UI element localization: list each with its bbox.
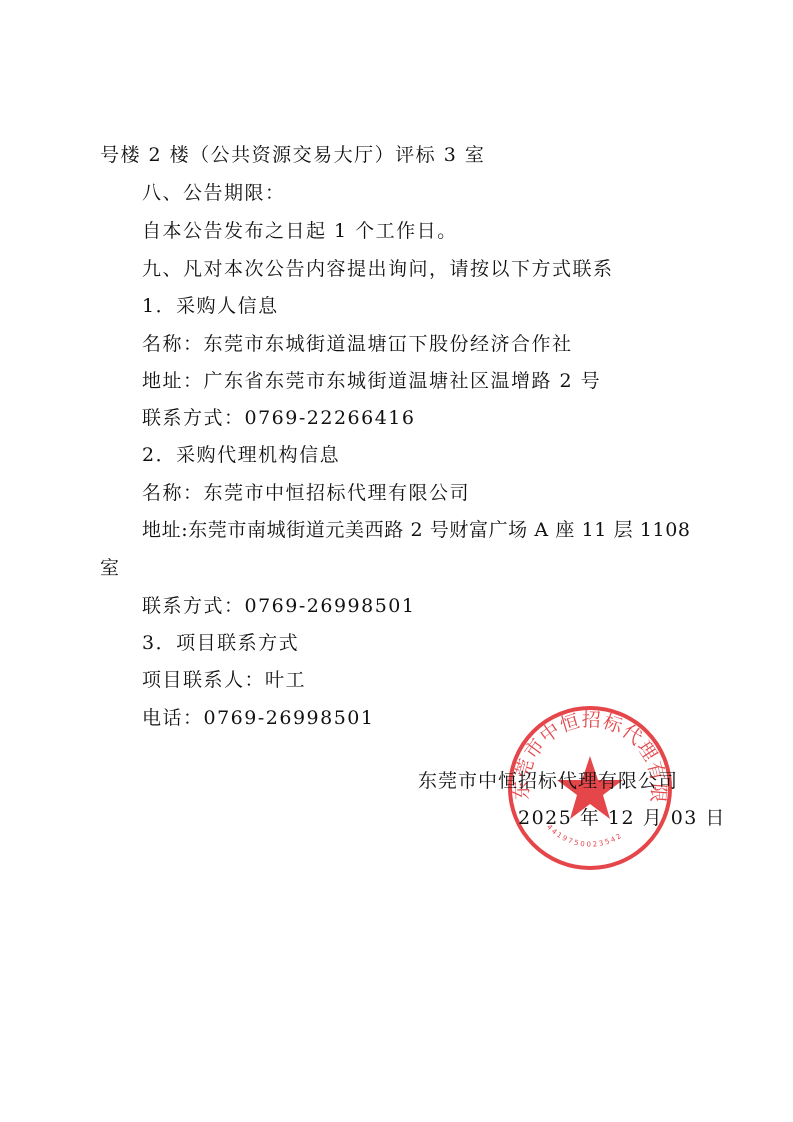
announcement-period-text: 自本公告发布之日起 1 个工作日。 [142, 219, 458, 243]
purchaser-address: 地址：广东省东莞市东城街道温塘社区温增路 2 号 [142, 369, 601, 393]
project-contact-phone: 电话：0769-26998501 [142, 706, 374, 730]
venue-continuation: 号楼 2 楼（公共资源交易大厅）评标 3 室 [100, 143, 485, 167]
project-contact-person: 项目联系人：叶工 [142, 668, 306, 692]
signature-company: 东莞市中恒招标代理有限公司 [418, 769, 678, 793]
purchaser-info-heading: 1．采购人信息 [142, 294, 279, 318]
purchaser-name: 名称：东莞市东城街道温塘冚下股份经济合作社 [142, 332, 573, 356]
agency-address-continuation: 室 [100, 556, 121, 580]
agency-info-heading: 2．采购代理机构信息 [142, 443, 340, 467]
section-heading-contact: 九、凡对本次公告内容提出询问，请按以下方式联系 [142, 257, 614, 281]
agency-address: 地址:东莞市南城街道元美西路 2 号财富广场 A 座 11 层 1108 [142, 518, 691, 542]
section-heading-announcement-period: 八、公告期限： [142, 181, 286, 205]
project-contact-heading: 3．项目联系方式 [142, 631, 299, 655]
agency-name: 名称：东莞市中恒招标代理有限公司 [142, 481, 470, 505]
signature-date: 2025 年 12 月 03 日 [518, 806, 726, 830]
agency-phone: 联系方式：0769-26998501 [142, 594, 415, 618]
purchaser-phone: 联系方式：0769-22266416 [142, 406, 415, 430]
document-page: 号楼 2 楼（公共资源交易大厅）评标 3 室 八、公告期限： 自本公告发布之日起… [0, 0, 793, 1122]
